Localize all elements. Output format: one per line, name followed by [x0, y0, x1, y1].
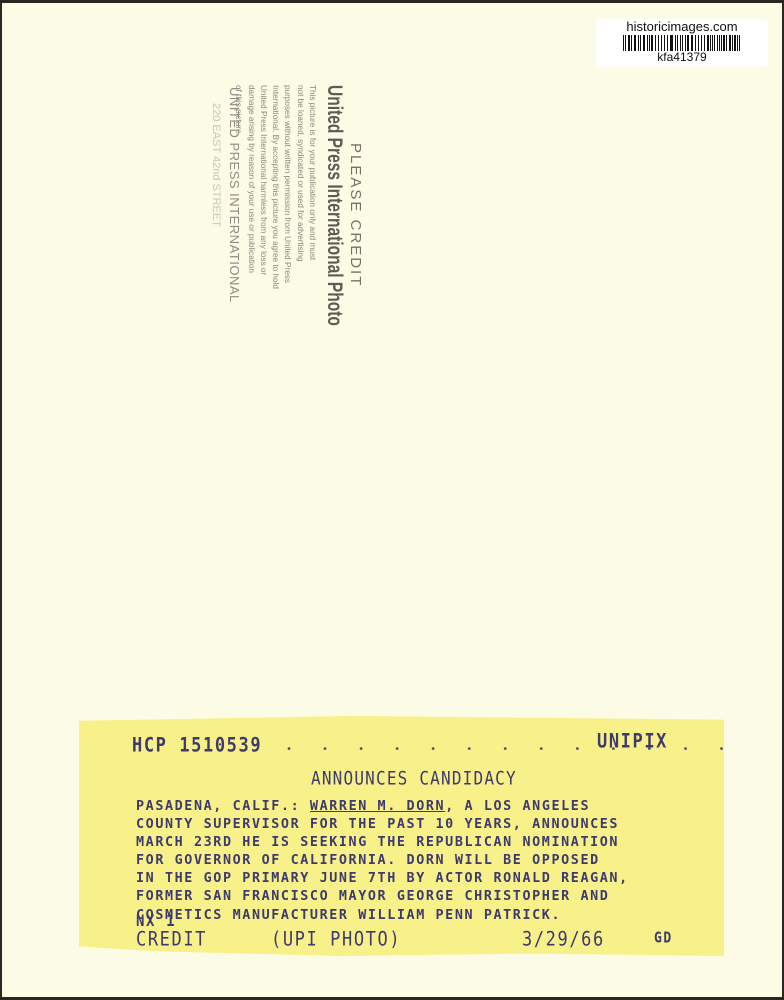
stamp-please-credit: PLEASE CREDIT: [347, 143, 364, 287]
caption-headline: ANNOUNCES CANDIDACY: [311, 767, 517, 789]
caption-body: PASADENA, CALIF.: WARREN M. DORN, A LOS …: [136, 798, 629, 925]
stamp-brand: United Press International Photo: [322, 85, 346, 326]
caption-photo-source: (UPI PHOTO): [271, 928, 401, 951]
stamp-address: 220 EAST 42nd STREET: [210, 103, 222, 227]
upi-credit-stamp: PLEASE CREDIT United Press International…: [182, 83, 372, 353]
caption-dot-leader: • • • • • • • • • • • • • •: [286, 744, 773, 755]
stamp-terms-line: damage arising by reason of your use or …: [244, 85, 256, 353]
caption-body-text: , A LOS ANGELES: [445, 799, 590, 814]
caption-subject-name: WARREN M. DORN: [310, 799, 445, 814]
caption-body-line: MARCH 23RD HE IS SEEKING THE REPUBLICAN …: [136, 834, 629, 852]
caption-body-line: COSMETICS MANUFACTURER WILLIAM PENN PATR…: [136, 907, 629, 925]
stamp-terms-line: United Press International harmless from…: [257, 85, 269, 353]
stamp-terms-line: purposes without written permission from…: [281, 85, 293, 353]
stamp-terms-line: This picture is for your publication onl…: [306, 85, 318, 353]
caption-dateline: PASADENA, CALIF.:: [136, 799, 310, 814]
caption-date: 3/29/66: [522, 928, 605, 951]
stamp-terms-line: not be loaned, syndicated or used for ad…: [293, 85, 305, 353]
stamp-footer: UNITED PRESS INTERNATIONAL: [227, 87, 242, 303]
caption-label: HCP 1510539 • • • • • • • • • • • • • • …: [79, 716, 724, 956]
caption-body-line: FORMER SAN FRANCISCO MAYOR GEORGE CHRIST…: [136, 888, 629, 906]
sticker-archive-code: kfa41379: [596, 51, 768, 64]
caption-body-line: FOR GOVERNOR OF CALIFORNIA. DORN WILL BE…: [136, 852, 629, 870]
caption-credit: CREDIT: [136, 928, 207, 951]
stamp-terms-line: International. By accepting this picture…: [269, 85, 281, 353]
barcode-icon: [623, 35, 741, 51]
caption-id: HCP 1510539: [132, 734, 262, 757]
sticker-site-name: historicimages.com: [596, 20, 768, 34]
barcode-sticker: historicimages.com kfa41379: [596, 19, 768, 67]
caption-body-line: COUNTY SUPERVISOR FOR THE PAST 10 YEARS,…: [136, 816, 629, 834]
caption-body-line: IN THE GOP PRIMARY JUNE 7TH BY ACTOR RON…: [136, 870, 629, 888]
caption-agency: UNIPIX: [597, 730, 668, 753]
caption-operator-code: GD: [654, 930, 673, 947]
photo-back-paper: historicimages.com kfa41379 PLEASE CREDI…: [2, 3, 782, 997]
stamp-terms: This picture is for your publication onl…: [232, 85, 318, 353]
caption-body-line: PASADENA, CALIF.: WARREN M. DORN, A LOS …: [136, 798, 629, 816]
